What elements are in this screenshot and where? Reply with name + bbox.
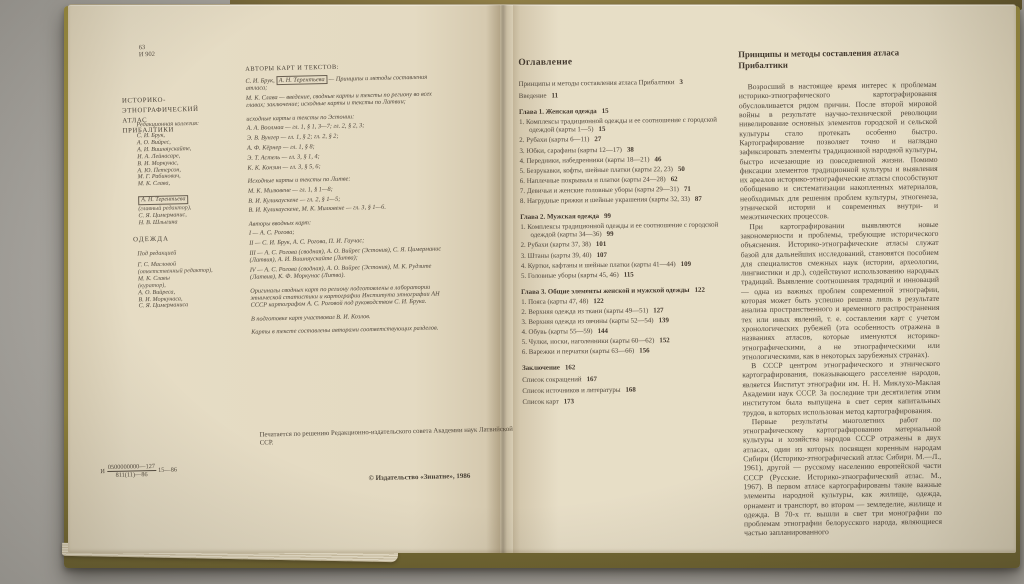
credit-text: Карты в тексте составлены авторами соотв… (251, 324, 438, 335)
toc-entry-page: 122 (695, 287, 705, 294)
article-paragraph: При картографировании выявляются новые з… (740, 220, 940, 362)
toc-entry-label: Глава 2. Мужская одежда (520, 213, 599, 221)
photo-background: 63 И 902 ИСТОРИКО- ЭТНОГРАФИЧЕСКИЙ АТЛАС… (0, 0, 1024, 584)
toc-entry-page: 115 (624, 271, 634, 278)
toc-entry-page: 152 (659, 337, 669, 344)
toc-entry-label: Принципы и методы составления атласа При… (519, 79, 675, 88)
toc-entry-label: 2. Рубахи (карты 6—11) (519, 137, 589, 145)
toc-entry: 4. Обувь (карты 55—59)144 (522, 327, 730, 338)
clothing-section-title: ОДЕЖДА (133, 236, 169, 244)
copyright-line: © Издательство «Зинатне», 1986 (368, 472, 470, 482)
authors-credit-line: IV — А. С. Рогова (сводная), А. О. Вийре… (250, 262, 446, 281)
publication-code-fraction: 0500000000—127811(11)—86 (107, 463, 157, 479)
authors-credit-line: К. К. Конзин — гл. 3, § 5, 6; (247, 160, 443, 172)
toc-entry-page: 46 (654, 156, 661, 163)
toc-entry-page: 15 (602, 108, 609, 115)
toc-entry: 3. Юбки, сарафаны (карты 12—17)38 (519, 145, 727, 156)
toc-entry-page: 50 (678, 166, 685, 173)
left-page: 63 И 902 ИСТОРИКО- ЭТНОГРАФИЧЕСКИЙ АТЛАС… (68, 5, 500, 553)
credit-text: В. И. Куликаускене, М. К. Милювене — гл.… (248, 204, 386, 214)
toc-entry-page: 139 (659, 317, 669, 324)
authors-credit-line: В подготовке карт участвовал В. И. Козло… (251, 311, 447, 323)
article-paragraph: Первые результаты многолетних работ по э… (743, 415, 942, 538)
right-page: Оглавление Принципы и методы составления… (513, 5, 1016, 553)
authors-credit-list: С. И. Брук, А. Н. Терентьева — Принципы … (245, 73, 447, 336)
toc-entry: 2. Верхняя одежда из ткани (карты 49—51)… (521, 306, 729, 317)
toc-entry-label: 5. Головные уборы (карты 45, 46) (521, 271, 619, 279)
toc-entry-page: 87 (695, 196, 702, 203)
editor-name: Н. В. Шлыгина (139, 218, 249, 227)
toc-entry-page: 144 (598, 328, 608, 335)
toc-entry-label: 2. Верхняя одежда из ткани (карты 49—51) (521, 307, 648, 316)
boxed-author-name: А. Н. Терентьева (276, 75, 327, 85)
toc-entry-label: Список источников и литературы (522, 386, 620, 394)
article-column: Принципы и методы составления атласа При… (738, 47, 942, 538)
toc-entry-page: 99 (604, 213, 611, 220)
toc-entry: 6. Варежки и перчатки (карты 63—66)156 (522, 347, 730, 358)
credit-text: исходные карты и тексты по Эстонии: (246, 113, 354, 122)
toc-entry: 8. Нагрудные пряжки и шейные украшения (… (520, 195, 728, 206)
toc-entry: Список источников и литературы168 (522, 385, 730, 396)
editorial-board: Редакционная коллегия: С. И. Брук,А. О. … (136, 119, 248, 227)
toc-entry: 4. Куртки, кафтаны и шейные платки (карт… (521, 260, 729, 271)
series-title-line: ЭТНОГРАФИЧЕСКИЙ (122, 105, 199, 117)
authors-credit-line: С. И. Брук, А. Н. Терентьева — Принципы … (245, 73, 441, 92)
toc-entry-label: 3. Верхняя одежда из овчины (карты 52—54… (521, 317, 653, 326)
authors-credit-line: М. К. Слава — введение, сводные карты и … (246, 90, 442, 109)
table-of-contents: Оглавление Принципы и методы составления… (518, 55, 730, 406)
publication-code-denominator: 811(11)—86 (107, 471, 156, 479)
toc-entry: 5. Головные уборы (карты 45, 46)115 (521, 270, 729, 281)
toc-entry-page: 122 (593, 298, 603, 305)
edited-by-heading: Под редакцией (137, 248, 257, 258)
book-spread: 63 И 902 ИСТОРИКО- ЭТНОГРАФИЧЕСКИЙ АТЛАС… (68, 4, 1016, 553)
toc-entry-page: 11 (551, 93, 558, 100)
toc-entry: 2. Рубахи (карты 37, 38)101 (521, 240, 729, 251)
toc-entry-label: 4. Куртки, кафтаны и шейные платки (карт… (521, 261, 676, 270)
credit-text: С. И. Брук, (245, 77, 276, 85)
authors-credit-line: Оригиналы сводных карт по региону подгот… (250, 283, 446, 309)
toc-entry-label: Глава 1. Женская одежда (519, 108, 597, 116)
toc-entry-label: 4. Обувь (карты 55—59) (522, 328, 593, 336)
toc-entry: 7. Девичьи и женские головные уборы (кар… (520, 185, 728, 196)
toc-entry-label: Список сокращений (522, 376, 581, 384)
toc-entry-label: 2. Рубахи (карты 37, 38) (521, 242, 591, 250)
toc-entry: Список карт173 (522, 396, 730, 407)
toc-entry-label: Заключение (522, 365, 560, 372)
authors-credit-line: В. И. Куликаускене, М. К. Милювене — гл.… (248, 203, 444, 215)
toc-heading: Оглавление (518, 55, 726, 68)
editor-name: С. Я. Цимерманиса (139, 301, 259, 311)
toc-entry: 1. Комплексы традиционной одежды и ее со… (520, 222, 728, 241)
toc-entry-page: 27 (594, 136, 601, 143)
publication-code: И0500000000—127811(11)—8615—86 (100, 462, 177, 479)
credit-text: II — С. И. Брук, А. С. Рогова, П. И. Гау… (249, 237, 364, 247)
toc-entry-label: 4. Передники, набедренники (карты 18—21) (519, 156, 649, 165)
toc-entry: Глава 1. Женская одежда15 (519, 107, 727, 118)
authors-credit-line: Карты в тексте составлены авторами соотв… (251, 324, 447, 336)
toc-entry-label: 5. Чулки, носки, наголенники (карты 60—6… (522, 338, 655, 347)
authors-credits: АВТОРЫ КАРТ И ТЕКСТОВ: С. И. Брук, А. Н.… (245, 61, 447, 338)
credit-text: Авторы вводных карт: (249, 219, 311, 227)
toc-entry-label: 3. Юбки, сарафаны (карты 12—17) (519, 146, 622, 154)
credit-text: М. К. Милювене — гл. 1, § 1—8; (248, 186, 333, 195)
credit-text: Э. Т. Астель — гл. 3, § 1, 4; (247, 153, 320, 162)
toc-entry-page: 109 (681, 260, 691, 267)
toc-entry-label: 6. Варежки и перчатки (карты 63—66) (522, 348, 634, 356)
toc-entry: Введение11 (519, 91, 727, 102)
toc-entry-page: 156 (639, 348, 649, 355)
book: 63 И 902 ИСТОРИКО- ЭТНОГРАФИЧЕСКИЙ АТЛАС… (60, 4, 1022, 570)
toc-entry: 3. Штаны (карты 39, 40)107 (521, 250, 729, 261)
toc-list: Принципы и методы составления атласа При… (519, 78, 731, 406)
toc-entry: 6. Наплечные покрывала и платки (карты 2… (520, 175, 728, 186)
edited-by-block: Под редакцией Г. С. Масловой(ответственн… (137, 248, 258, 311)
toc-entry-page: 71 (684, 186, 691, 193)
credit-text: М. К. Слава — введение, сводные карты и … (246, 91, 432, 110)
article-paragraph: Возросший в настоящее время интерес к пр… (739, 80, 939, 222)
toc-entry: Принципы и методы составления атласа При… (519, 78, 727, 89)
toc-entry: Глава 2. Мужская одежда99 (520, 212, 728, 223)
toc-entry-label: 6. Наплечные покрывала и платки (карты 2… (520, 176, 666, 185)
toc-entry-page: 168 (625, 386, 635, 393)
credit-text: Исходные карты и тексты по Литве: (248, 175, 351, 184)
library-code-line2: И 902 (139, 51, 155, 59)
library-code-stamp: 63 И 902 (139, 44, 155, 59)
credit-text: К. К. Конзин — гл. 3, § 5, 6; (247, 163, 320, 172)
credit-text: I — А. С. Рогова; (249, 229, 295, 237)
toc-entry-label: Глава 3. Общие элементы женской и мужско… (521, 287, 689, 296)
toc-entry-page: 62 (671, 176, 678, 183)
toc-entry: 5. Чулки, носки, наголенники (карты 60—6… (522, 337, 730, 348)
credit-text: В подготовке карт участвовал В. И. Козло… (251, 313, 371, 323)
toc-entry-page: 167 (586, 376, 596, 383)
toc-entry-label: 8. Нагрудные пряжки и шейные украшения (… (520, 196, 690, 205)
toc-entry-label: Список карт (522, 398, 558, 405)
toc-entry-label: 5. Безрукавки, кофты, шейные платки (кар… (520, 166, 673, 175)
publication-code-prefix: И (100, 468, 105, 475)
toc-entry-label: 7. Девичьи и женские головные уборы (кар… (520, 186, 679, 195)
toc-entry-page: 38 (627, 146, 634, 153)
toc-entry-page: 99 (607, 231, 614, 238)
article-body: Возросший в настоящее время интерес к пр… (739, 80, 943, 538)
editorial-board-list: С. И. Брук,А. О. Вийрес,А. И. Вишняускай… (137, 131, 249, 227)
toc-entry-label: 3. Штаны (карты 39, 40) (521, 252, 592, 260)
toc-entry-page: 162 (565, 365, 575, 372)
toc-entry-label: Введение (519, 93, 547, 100)
toc-entry-page: 15 (598, 126, 605, 133)
editor-name: М. К. Слава, (138, 179, 248, 188)
toc-entry: Список сокращений167 (522, 374, 730, 385)
edited-by-list: Г. С. Масловой(ответственный редактор),М… (138, 260, 259, 311)
article-paragraph: В СССР центром этнографического и этниче… (742, 359, 941, 417)
toc-entry: Заключение162 (522, 363, 730, 374)
toc-entry-label: 1. Комплексы традиционной одежды и ее со… (519, 117, 717, 134)
credit-text: Э. В. Вунгер — гл. 1, § 2; гл. 2, § 2; (247, 133, 339, 142)
toc-entry-label: 1. Пояса (карты 47, 48) (521, 298, 588, 306)
printing-note: Печатается по решению Редакционно-издате… (259, 426, 521, 448)
authors-heading: АВТОРЫ КАРТ И ТЕКСТОВ: (245, 61, 441, 72)
toc-entry: 3. Верхняя одежда из овчины (карты 52—54… (521, 316, 729, 327)
credit-text: Оригиналы сводных карт по региону подгот… (250, 283, 440, 309)
toc-entry-page: 101 (596, 241, 606, 248)
toc-entry-page: 3 (679, 79, 683, 86)
toc-entry: 4. Передники, набедренники (карты 18—21)… (519, 155, 727, 166)
toc-entry-page: 127 (653, 307, 663, 314)
toc-entry: 2. Рубахи (карты 6—11)27 (519, 135, 727, 146)
toc-entry-page: 173 (564, 398, 574, 405)
publication-code-suffix: 15—86 (158, 466, 177, 473)
editor-name-boxed: А. Н. Терентьева (138, 195, 189, 205)
toc-entry: Глава 3. Общие элементы женской и мужско… (521, 286, 729, 297)
credit-text: III — А. С. Рогова (сводная), А. О. Вийр… (249, 245, 441, 264)
toc-entry-page: 107 (597, 251, 607, 258)
credit-text: А. Ф. Кёрнер — гл. 1, § 8; (247, 143, 315, 152)
credit-text: В. И. Куликаускене — гл. 2, § 1—5; (248, 195, 340, 204)
toc-entry-label: 1. Комплексы традиционной одежды и ее со… (520, 222, 718, 239)
credit-text: А. А. Воолмаа — гл. 1, § 1, 3—7; гл. 2, … (247, 123, 365, 133)
editorial-board-heading: Редакционная коллегия: (136, 119, 246, 128)
toc-entry: 1. Пояса (карты 47, 48)122 (521, 296, 729, 307)
authors-credit-line: III — А. С. Рогова (сводная), А. О. Вийр… (249, 245, 445, 264)
article-heading: Принципы и методы составления атласа При… (738, 47, 924, 70)
toc-entry: 1. Комплексы традиционной одежды и ее со… (519, 117, 727, 136)
credit-text: IV — А. С. Рогова (сводная), А. О. Вийре… (250, 263, 432, 281)
toc-entry: 5. Безрукавки, кофты, шейные платки (кар… (520, 165, 728, 176)
